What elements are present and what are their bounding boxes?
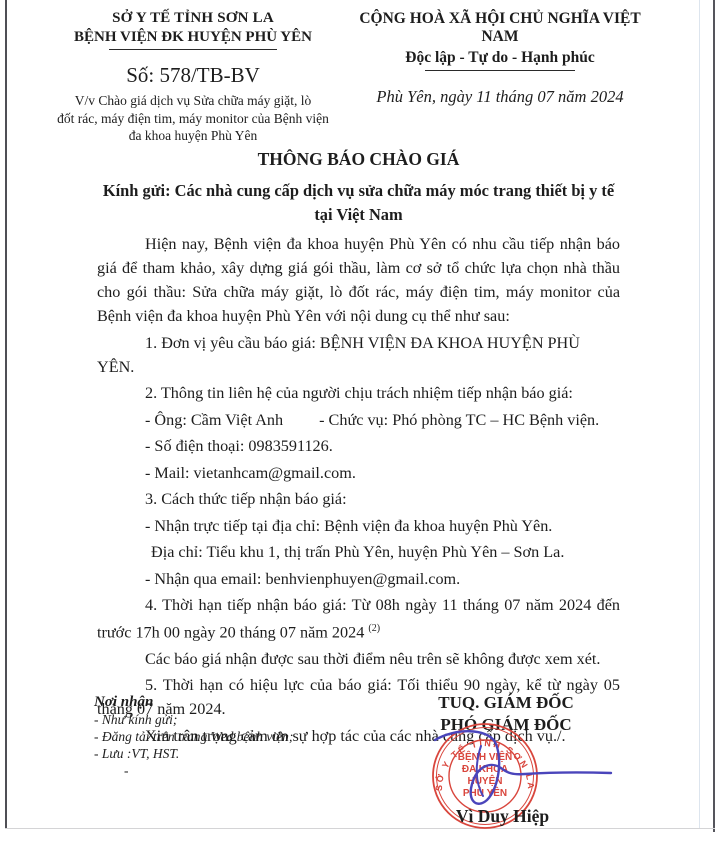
signer-position: PHÓ GIÁM ĐỐC: [385, 714, 627, 736]
national-title: CỘNG HOÀ XÃ HỘI CHỦ NGHĨA VIỆT NAM: [352, 10, 648, 46]
scan-edge-left: [5, 0, 7, 829]
contact-name: - Ông: Cầm Việt Anh: [145, 411, 283, 429]
item-3: 3. Cách thức tiếp nhận báo giá:: [97, 487, 620, 511]
scan-edge-right: [713, 0, 715, 832]
recipients-title: Nơi nhận: [94, 694, 293, 711]
item-4: 4. Thời hạn tiếp nhận báo giá: Từ 08h ng…: [97, 593, 620, 644]
signer-authority: TUQ. GIÁM ĐỐC: [385, 692, 627, 714]
recipient-item: - Đăng tải trên trang Wed bệnh viện;: [94, 728, 293, 745]
scanned-document-page: SỞ Y TẾ TỈNH SƠN LA BỆNH VIỆN ĐK HUYỆN P…: [0, 0, 717, 858]
contact-title: - Chức vụ: Phó phòng TC – HC Bệnh viện.: [319, 411, 599, 429]
recipient-item: -: [94, 762, 293, 779]
paragraph-note: Các báo giá nhận được sau thời điểm nêu …: [97, 647, 620, 671]
subject-line: đa khoa huyện Phù Yên: [48, 127, 338, 145]
subject-line: đốt rác, máy điện tim, máy monitor của B…: [48, 110, 338, 128]
item-2: 2. Thông tin liên hệ của người chịu trác…: [97, 381, 620, 405]
contact-phone: - Số điện thoại: 0983591126.: [97, 434, 620, 458]
contact-mail: - Mail: vietanhcam@gmail.com.: [97, 461, 620, 485]
stamp-line-2: ĐA KHOA: [462, 764, 508, 775]
stamp-line-3: HUYỆN: [467, 774, 502, 787]
place-date: Phù Yên, ngày 11 tháng 07 năm 2024: [352, 87, 648, 107]
issuer-underline: [109, 49, 277, 50]
handwritten-signature-stroke: [477, 746, 483, 796]
signature-title-block: TUQ. GIÁM ĐỐC PHÓ GIÁM ĐỐC: [385, 692, 627, 736]
signer-name: Vì Duy Hiệp: [395, 806, 610, 827]
subject-line: V/v Chào giá dịch vụ Sửa chữa máy giặt, …: [48, 92, 338, 110]
recipient-item: - Lưu :VT, HST.: [94, 745, 293, 762]
stamp-line-1: BỆNH VIỆN: [458, 750, 512, 763]
document-subject: V/v Chào giá dịch vụ Sửa chữa máy giặt, …: [48, 92, 338, 145]
salutation: Kính gửi: Các nhà cung cấp dịch vụ sửa c…: [97, 179, 620, 227]
receive-direct: - Nhận trực tiếp tại địa chỉ: Bệnh viện …: [97, 514, 620, 538]
header-national-block: CỘNG HOÀ XÃ HỘI CHỦ NGHĨA VIỆT NAM Độc l…: [352, 10, 648, 107]
paragraph-intro: Hiện nay, Bệnh viện đa khoa huyện Phù Yê…: [97, 232, 620, 328]
scan-edge-bottom: [5, 828, 715, 829]
header-issuer-block: SỞ Y TẾ TỈNH SƠN LA BỆNH VIỆN ĐK HUYỆN P…: [48, 10, 338, 145]
recipient-item: - Như kính gửi;: [94, 711, 293, 728]
item-4-text: 4. Thời hạn tiếp nhận báo giá: Từ 08h ng…: [97, 596, 620, 641]
stamp-line-4: PHÙ YÊN: [463, 786, 507, 799]
national-motto: Độc lập - Tự do - Hạnh phúc: [352, 49, 648, 67]
scan-edge-right-faint: [699, 0, 700, 829]
footnote-ref: (2): [368, 623, 380, 634]
stamp-inner-ring: [449, 740, 521, 812]
recipients-block: Nơi nhận - Như kính gửi; - Đăng tải trên…: [94, 694, 293, 779]
receive-address: Địa chỉ: Tiểu khu 1, thị trấn Phù Yên, h…: [97, 540, 620, 564]
contact-line: - Ông: Cầm Việt Anh- Chức vụ: Phó phòng …: [97, 408, 620, 432]
receive-email: - Nhận qua email: benhvienphuyen@gmail.c…: [97, 567, 620, 591]
issuer-hospital: BỆNH VIỆN ĐK HUYỆN PHÙ YÊN: [48, 29, 338, 46]
document-title: THÔNG BÁO CHÀO GIÁ: [97, 147, 620, 171]
item-1: 1. Đơn vị yêu cầu báo giá: BỆNH VIỆN ĐA …: [97, 331, 620, 379]
document-body: THÔNG BÁO CHÀO GIÁ Kính gửi: Các nhà cun…: [97, 147, 620, 750]
document-number: Số: 578/TB-BV: [48, 63, 338, 88]
motto-underline: [425, 70, 575, 71]
issuer-department: SỞ Y TẾ TỈNH SƠN LA: [48, 10, 338, 27]
